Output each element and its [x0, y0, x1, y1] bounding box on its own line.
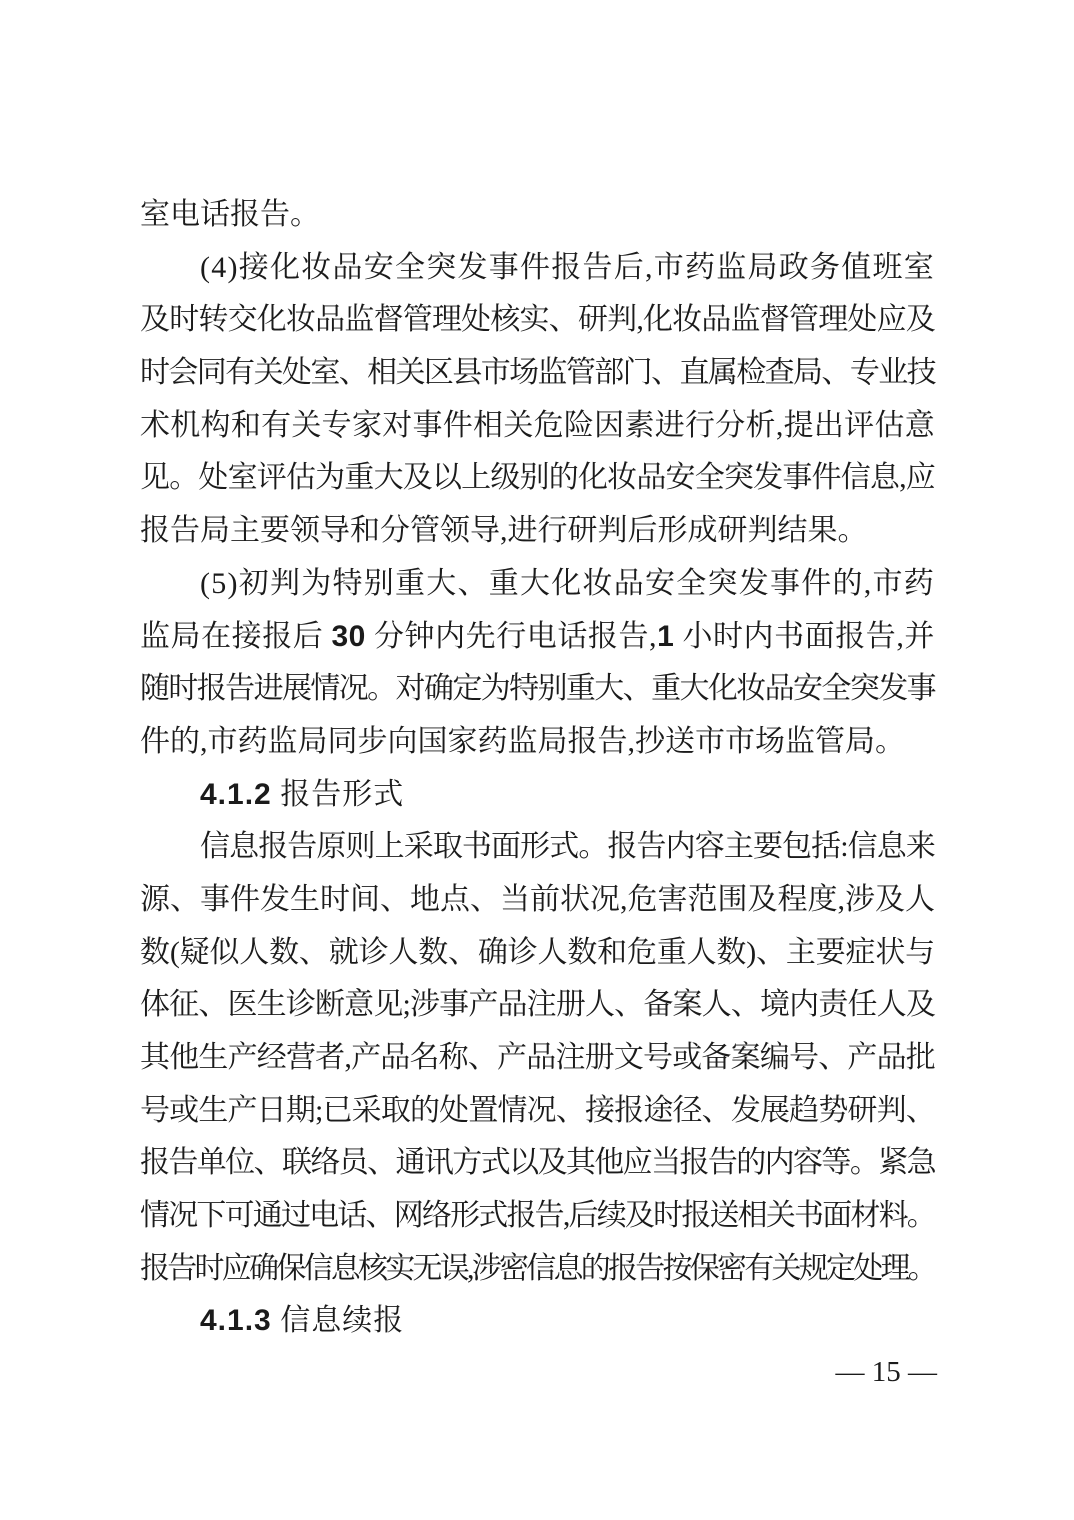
text-line: (5)初判为特别重大、重大化妆品安全突发事件的,市药	[140, 558, 935, 611]
numeral: 30	[331, 620, 366, 653]
text-line: 数(疑似人数、就诊人数、确诊人数和危重人数)、主要症状与	[140, 927, 935, 980]
text-line: 4.1.2 报告形式	[140, 769, 935, 822]
text-line: 其他生产经营者,产品名称、产品注册文号或备案编号、产品批	[140, 1032, 935, 1085]
paragraph: (5)初判为特别重大、重大化妆品安全突发事件的,市药监局在接报后 30 分钟内先…	[140, 558, 935, 769]
text-line: 信息报告原则上采取书面形式。报告内容主要包括:信息来	[140, 821, 935, 874]
paragraph: 室电话报告。	[140, 189, 935, 242]
section-heading: 4.1.2 报告形式	[140, 769, 935, 822]
text-line: 情况下可通过电话、网络形式报告,后续及时报送相关书面材料。	[140, 1190, 935, 1243]
document-body: 室电话报告。(4)接化妆品安全突发事件报告后,市药监局政务值班室及时转交化妆品监…	[140, 189, 935, 1348]
numeral: 1	[657, 620, 674, 653]
text-line: 报告局主要领导和分管领导,进行研判后形成研判结果。	[140, 505, 935, 558]
text-line: 体征、医生诊断意见;涉事产品注册人、备案人、境内责任人及	[140, 979, 935, 1032]
paragraph: (4)接化妆品安全突发事件报告后,市药监局政务值班室及时转交化妆品监督管理处核实…	[140, 242, 935, 558]
text-line: (4)接化妆品安全突发事件报告后,市药监局政务值班室	[140, 242, 935, 295]
text-line: 件的,市药监局同步向国家药监局报告,抄送市市场监管局。	[140, 716, 935, 769]
numeral: 4.1.2	[200, 778, 272, 811]
numeral: 4.1.3	[200, 1304, 272, 1337]
text-line: 号或生产日期;已采取的处置情况、接报途径、发展趋势研判、	[140, 1085, 935, 1138]
text-line: 时会同有关处室、相关区县市场监管部门、直属检查局、专业技	[140, 347, 935, 400]
text-line: 室电话报告。	[140, 189, 935, 242]
text-line: 报告单位、联络员、通讯方式以及其他应当报告的内容等。紧急	[140, 1137, 935, 1190]
section-heading: 4.1.3 信息续报	[140, 1295, 935, 1348]
page-number: — 15 —	[836, 1352, 938, 1392]
text-line: 见。处室评估为重大及以上级别的化妆品安全突发事件信息,应	[140, 452, 935, 505]
text-line: 及时转交化妆品监督管理处核实、研判,化妆品监督管理处应及	[140, 294, 935, 347]
document-page: { "page": { "background_color": "#ffffff…	[0, 0, 1074, 1520]
text-line: 源、事件发生时间、地点、当前状况,危害范围及程度,涉及人	[140, 874, 935, 927]
text-line: 随时报告进展情况。对确定为特别重大、重大化妆品安全突发事	[140, 663, 935, 716]
paragraph: 信息报告原则上采取书面形式。报告内容主要包括:信息来源、事件发生时间、地点、当前…	[140, 821, 935, 1295]
text-line: 4.1.3 信息续报	[140, 1295, 935, 1348]
text-line: 术机构和有关专家对事件相关危险因素进行分析,提出评估意	[140, 400, 935, 453]
text-line: 监局在接报后 30 分钟内先行电话报告,1 小时内书面报告,并	[140, 611, 935, 664]
text-line: 报告时应确保信息核实无误,涉密信息的报告按保密有关规定处理。	[140, 1243, 935, 1296]
